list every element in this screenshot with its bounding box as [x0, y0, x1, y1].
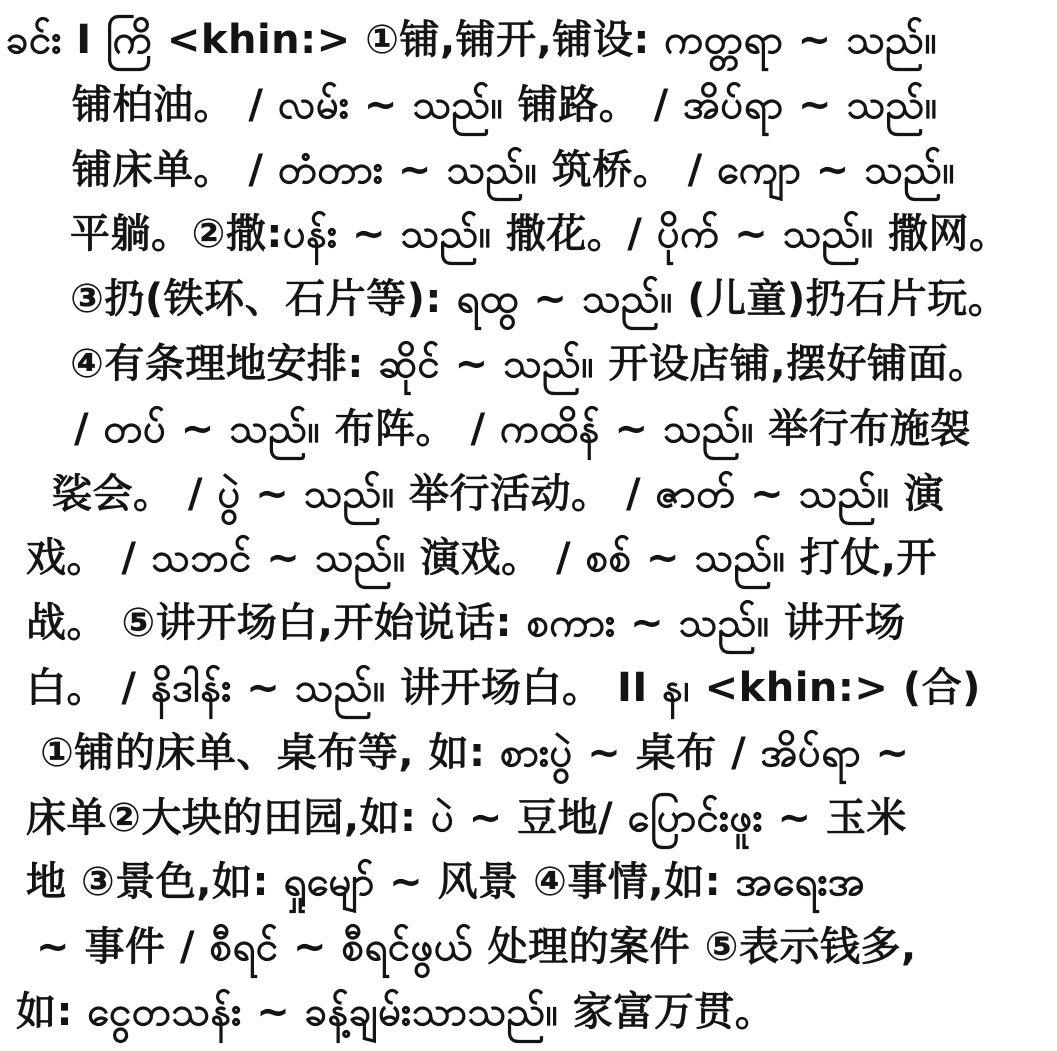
entry-line-7: / တပ် ~ သည်။ 布阵。 / ကထိန် ~ သည်။ 举行布施袈 [0, 397, 1057, 462]
entry-line-15: ~ 事件 / စီရင် ~ စီရင်ဖွယ် 处理的案件 ⑤表示钱多, [0, 915, 1057, 980]
entry-line-6: ④有条理地安排: ဆိုင် ~ သည်။ 开设店铺,摆好铺面。 [0, 332, 1057, 397]
entry-line-1: ခင်း I ကြိ <khin:> ①铺,铺开,铺设: ကတ္တရာ ~ သည… [0, 8, 1057, 73]
dictionary-entry: ခင်း I ကြိ <khin:> ①铺,铺开,铺设: ကတ္တရာ ~ သည… [0, 8, 1057, 1045]
entry-line-10: 战。 ⑤讲开场白,开始说话: စကား ~ သည်။ 讲开场 [0, 591, 1057, 656]
entry-line-5: ③扔(铁环、石片等): ရထွ ~ သည်။ (儿童)扔石片玩。 [0, 267, 1057, 332]
entry-line-16: 如: ငွေတသန်း ~ ခန့်ချမ်းသာသည်။ 家富万贯。 [0, 980, 1057, 1045]
entry-line-8: 裟会。 / ပွဲ ~ သည်။ 举行活动。 / ဇာတ် ~ သည်။ 演 [0, 462, 1057, 527]
entry-line-2: 铺柏油。 / လမ်း ~ သည်။ 铺路。 / အိပ်ရာ ~ သည်။ [0, 73, 1057, 138]
entry-line-14: 地 ③景色,如: ရှုမျော် ~ 风景 ④事情,如: အရေးအ [0, 850, 1057, 915]
entry-line-9: 戏。 / သဘင် ~ သည်။ 演戏。 / စစ် ~ သည်။ 打仗,开 [0, 526, 1057, 591]
entry-line-4: 平躺。②撒:ပန်း ~ သည်။ 撒花。/ ပိုက် ~ သည်။ 撒网。 [0, 202, 1057, 267]
entry-line-11: 白。 / နိဒါန်း ~ သည်။ 讲开场白。 II န၊ <khin:> … [0, 656, 1057, 721]
dictionary-page: ခင်း I ကြိ <khin:> ①铺,铺开,铺设: ကတ္တရာ ~ သည… [0, 0, 1057, 1051]
entry-line-12: ①铺的床单、桌布等, 如: စားပွဲ ~ 桌布 / အိပ်ရာ ~ [0, 721, 1057, 786]
entry-line-3: 铺床单。 / တံတား ~ သည်။ 筑桥。 / ကျော ~ သည်။ [0, 138, 1057, 203]
entry-line-13: 床单②大块的田园,如: ပဲ ~ 豆地/ ပြောင်းဖူး ~ 玉米 [0, 786, 1057, 851]
